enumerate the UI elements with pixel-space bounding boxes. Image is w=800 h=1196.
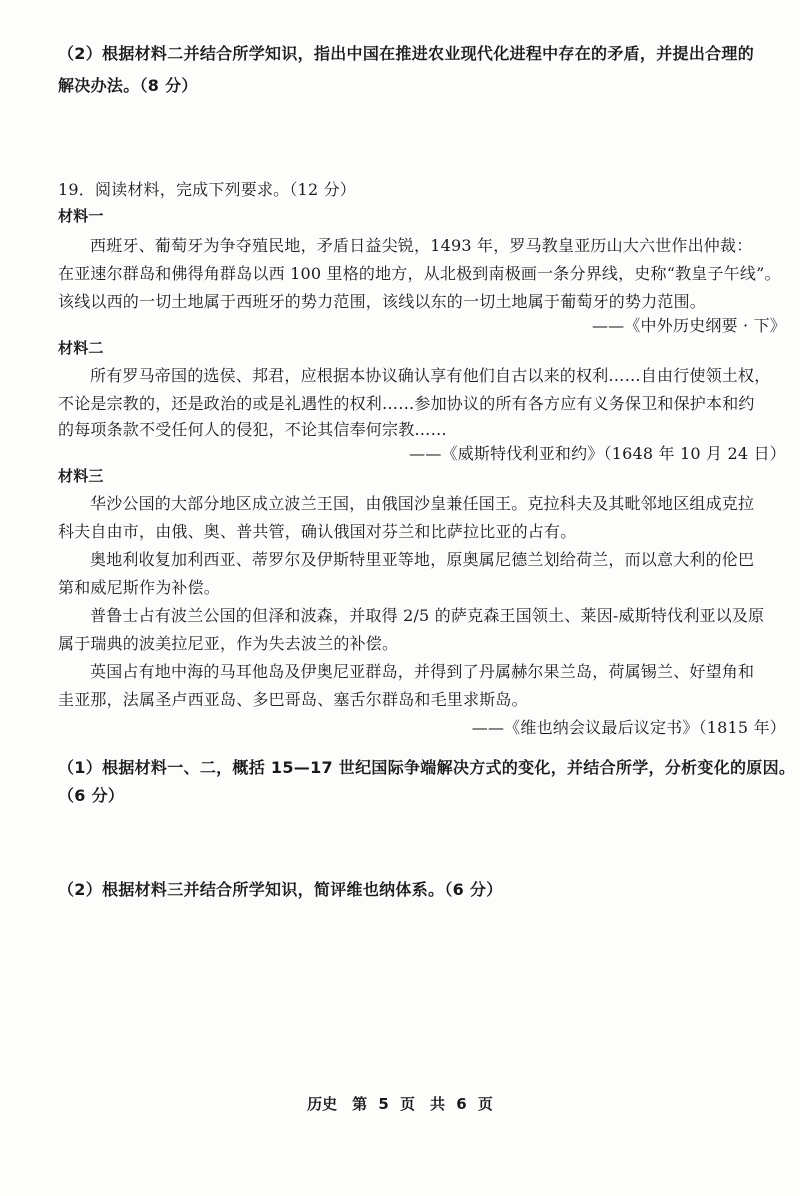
q19-header: 19．阅读材料，完成下列要求。（12 分） [58, 180, 788, 200]
material3-line: 华沙公国的大部分地区成立波兰王国，由俄国沙皇兼任国王。克拉科夫及其毗邻地区组成克… [90, 494, 790, 514]
material3-line: 第和威尼斯作为补偿。 [58, 578, 788, 598]
page-footer: 历史 第 5 页 共 6 页 [0, 1093, 800, 1114]
q18-part2-line2: 解决办法。（8 分） [58, 76, 788, 96]
material3-line: 英国占有地中海的马耳他岛及伊奥尼亚群岛，并得到了丹属赫尔果兰岛，荷属锡兰、好望角… [90, 662, 790, 682]
material1-line: 在亚速尔群岛和佛得角群岛以西 100 里格的地方，从北极到南极画一条分界线，史称… [58, 264, 788, 284]
q19-part2-line1: （2）根据材料三并结合所学知识，简评维也纳体系。（6 分） [58, 880, 788, 900]
q19-part1-line1: （1）根据材料一、二，概括 15—17 世纪国际争端解决方式的变化，并结合所学，… [58, 758, 788, 778]
material1-line: 西班牙、葡萄牙为争夺殖民地，矛盾日益尖锐，1493 年，罗马教皇亚历山大六世作出… [90, 236, 790, 256]
material3-label: 材料三 [58, 466, 788, 486]
material1-line: 该线以西的一切土地属于西班牙的势力范围，该线以东的一切土地属于葡萄牙的势力范围。 [58, 292, 788, 312]
material3-line: 普鲁士占有波兰公国的但泽和波森，并取得 2/5 的萨克森王国领土、莱因-威斯特伐… [90, 606, 790, 626]
q18-part2-line1: （2）根据材料二并结合所学知识，指出中国在推进农业现代化进程中存在的矛盾，并提出… [58, 44, 788, 64]
material3-line: 圭亚那，法属圣卢西亚岛、多巴哥岛、塞舌尔群岛和毛里求斯岛。 [58, 690, 788, 710]
material3-source: ——《维也纳会议最后议定书》（1815 年） [472, 718, 786, 738]
material2-line: 不论是宗教的，还是政治的或是礼遇性的权利……参加协议的所有各方应有义务保卫和保护… [58, 394, 788, 414]
material1-label: 材料一 [58, 206, 788, 226]
material2-line: 的每项条款不受任何人的侵犯，不论其信奉何宗教…… [58, 420, 788, 440]
material1-source: ——《中外历史纲要 · 下》 [592, 316, 786, 336]
material3-line: 属于瑞典的波美拉尼亚，作为失去波兰的补偿。 [58, 634, 788, 654]
exam-page: （2）根据材料二并结合所学知识，指出中国在推进农业现代化进程中存在的矛盾，并提出… [0, 0, 800, 1196]
q19-part1-line2: （6 分） [58, 786, 788, 806]
material3-line: 科夫自由市，由俄、奥、普共管，确认俄国对芬兰和比萨拉比亚的占有。 [58, 522, 788, 542]
material2-label: 材料二 [58, 338, 788, 358]
material2-line: 所有罗马帝国的选侯、邦君，应根据本协议确认享有他们自古以来的权利……自由行使领土… [90, 366, 790, 386]
material3-line: 奥地利收复加利西亚、蒂罗尔及伊斯特里亚等地，原奥属尼德兰划给荷兰，而以意大利的伦… [90, 550, 790, 570]
material2-source: ——《威斯特伐利亚和约》（1648 年 10 月 24 日） [409, 444, 786, 464]
